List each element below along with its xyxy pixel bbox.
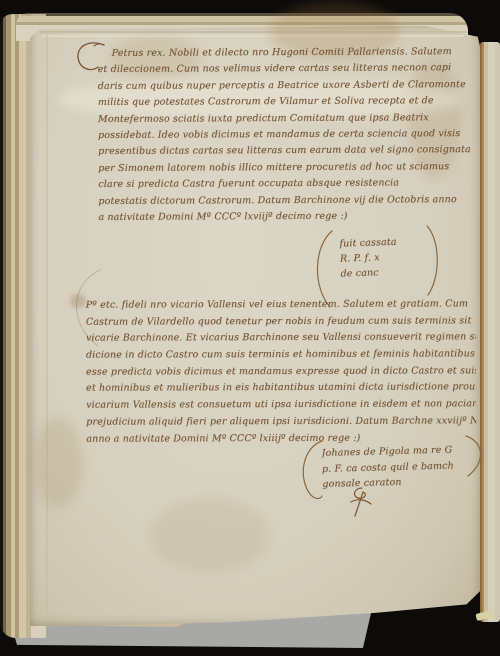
page-edge-line	[46, 34, 48, 614]
signature-note: Johanes de Pigola ma re G p. F. ca costa…	[321, 444, 468, 494]
text-line: possidebat. Ideo vobis dicimus et mandam…	[98, 128, 474, 146]
manuscript-photo: Petrus rex. Nobili et dilecto nro Hugoni…	[0, 0, 500, 656]
text-line: militis que potestates Castrorum de Vila…	[98, 95, 474, 113]
paragraph-1: Petrus rex. Nobili et dilecto nro Hugoni…	[98, 46, 475, 228]
chancery-note: fuit cassata R. P. f. x de canc	[339, 235, 433, 283]
text-line: Castrum de Vilardello quod tenetur per n…	[86, 315, 476, 333]
paragraph-2: Pº etc. fideli nro vicario Vallensi vel …	[86, 298, 477, 450]
right-paren-icon	[424, 224, 442, 298]
right-flourish-icon	[462, 434, 488, 478]
text-line: a nativitate Domini Mº CCCº lxviijº deci…	[98, 210, 474, 228]
stain	[34, 418, 82, 508]
next-page-edge	[480, 42, 500, 622]
text-line: et dileccionem. Cum nos velimus videre c…	[98, 62, 474, 80]
text-line: vicarie Barchinone. Et vicarius Barchino…	[86, 332, 476, 350]
text-line: presentibus dictas cartas seu litteras c…	[98, 144, 474, 162]
paraph-icon	[348, 486, 374, 520]
text-line: clare si predicta Castra fuerunt occupat…	[98, 177, 474, 195]
page-edge-line	[40, 31, 468, 33]
text-line: Petrus rex. Nobili et dilecto nro Hugoni…	[98, 46, 474, 64]
text-line: Montefermoso sciatis iuxta predictum Com…	[98, 112, 474, 130]
text-line: dicione in dicto Castro cum suis termini…	[86, 348, 476, 366]
stain	[150, 498, 270, 572]
left-paren-icon	[310, 228, 334, 310]
text-line: de canc	[340, 265, 432, 283]
text-line: esse predicta vobis dicimus et mandamus …	[86, 365, 476, 383]
text-line: vicarium Vallensis est consuetum uti ips…	[86, 398, 476, 416]
text-line: daris cum quibus nuper perceptis a Beatr…	[98, 79, 474, 97]
left-bracket-icon	[296, 438, 324, 508]
text-line: potestatis dictorum Castrorum. Datum Bar…	[98, 194, 474, 212]
text-line: et hominibus et mulieribus in eis habita…	[86, 382, 476, 400]
page-edge-line	[42, 35, 464, 37]
text-line: prejudicium aliquid fieri per aliquem ip…	[86, 415, 476, 433]
text-line: per Simonem latorem nobis illico mittere…	[98, 161, 474, 179]
text-line: Pº etc. fideli nro vicario Vallensi vel …	[86, 298, 476, 316]
